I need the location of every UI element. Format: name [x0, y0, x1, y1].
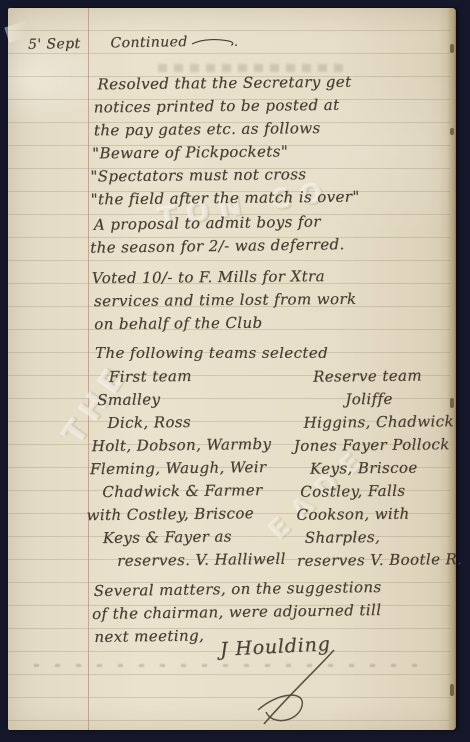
- manuscript-line: "Beware of Pickpockets": [92, 140, 359, 166]
- manuscript-line: "the field after the match is over": [90, 186, 359, 212]
- teams-heading: The following teams selected: [95, 342, 328, 365]
- manuscript-line: A proposal to admit boys for: [94, 210, 345, 236]
- team-list-item: Holt, Dobson, Warmby: [92, 433, 285, 458]
- signature-flourish: [246, 648, 346, 726]
- reserve-team-column: Reserve team Joliffe Higgins, Chadwick J…: [289, 364, 463, 573]
- team-list-item: Higgins, Chadwick: [303, 410, 461, 435]
- manuscript-line: Resolved that the Secretary get: [97, 71, 358, 97]
- manuscript-line: on behalf of the Club: [94, 311, 357, 336]
- resolution-paragraph: Resolved that the Secretary get notices …: [89, 71, 359, 212]
- team-list-item: Keys, Briscoe: [310, 456, 462, 481]
- pencil-smudge: [34, 664, 426, 667]
- manuscript-line: of the chairman, were adjourned till: [92, 599, 382, 626]
- team-list-item: Dick, Ross: [107, 410, 284, 435]
- manuscript-line: Voted 10/- to F. Mills for Xtra: [92, 265, 357, 290]
- continued-flourish: [190, 35, 238, 48]
- manuscript-line: services and time lost from work: [94, 288, 357, 313]
- manuscript-page: THE TON CO EADE 5' SeptContinued Resolve…: [8, 8, 456, 730]
- date-note: 5' SeptContinued: [28, 30, 238, 57]
- page-edge-speck: [450, 684, 454, 696]
- team-list-item: Fleming, Waugh, Weir: [90, 456, 285, 481]
- manuscript-line: "Spectators must not cross: [90, 163, 359, 189]
- team-list-item: Chadwick & Farmer: [102, 479, 285, 504]
- team-list-item: reserves V. Bootle R.: [297, 548, 463, 573]
- team-list-item: Jones Fayer Pollock: [294, 433, 462, 458]
- team-list-item: Smalley: [97, 387, 284, 412]
- page-edge-speck: [450, 44, 454, 53]
- team-list-item: with Costley, Briscoe: [86, 502, 285, 527]
- team-list-item: Cookson, with: [296, 502, 462, 527]
- manuscript-line: The following teams selected: [95, 342, 328, 365]
- manuscript-line: the season for 2/- was deferred.: [90, 233, 345, 260]
- first-team-column: First team Smalley Dick, Ross Holt, Dobs…: [85, 364, 286, 573]
- team-list-item: Sharples,: [305, 525, 463, 550]
- team-list-item: Costley, Falls: [300, 479, 462, 504]
- team-list-item: Keys & Fayer as: [103, 525, 286, 550]
- page-edge-speck: [450, 128, 454, 135]
- manuscript-line: the pay gates etc. as follows: [94, 117, 359, 143]
- team-list-item: Joliffe: [345, 387, 461, 411]
- manuscript-line: notices printed to be posted at: [94, 94, 359, 120]
- team-list-item: reserves. V. Halliwell: [117, 548, 286, 573]
- boys-admission-paragraph: A proposal to admit boys for the season …: [90, 210, 345, 260]
- team-list-item: Reserve team: [313, 364, 461, 389]
- team-list-item: First team: [109, 364, 284, 389]
- continued-label: Continued: [110, 34, 187, 51]
- scan-background: THE TON CO EADE 5' SeptContinued Resolve…: [0, 0, 470, 742]
- payment-paragraph: Voted 10/- to F. Mills for Xtra services…: [90, 265, 357, 336]
- date-label: 5' Sept: [28, 36, 81, 53]
